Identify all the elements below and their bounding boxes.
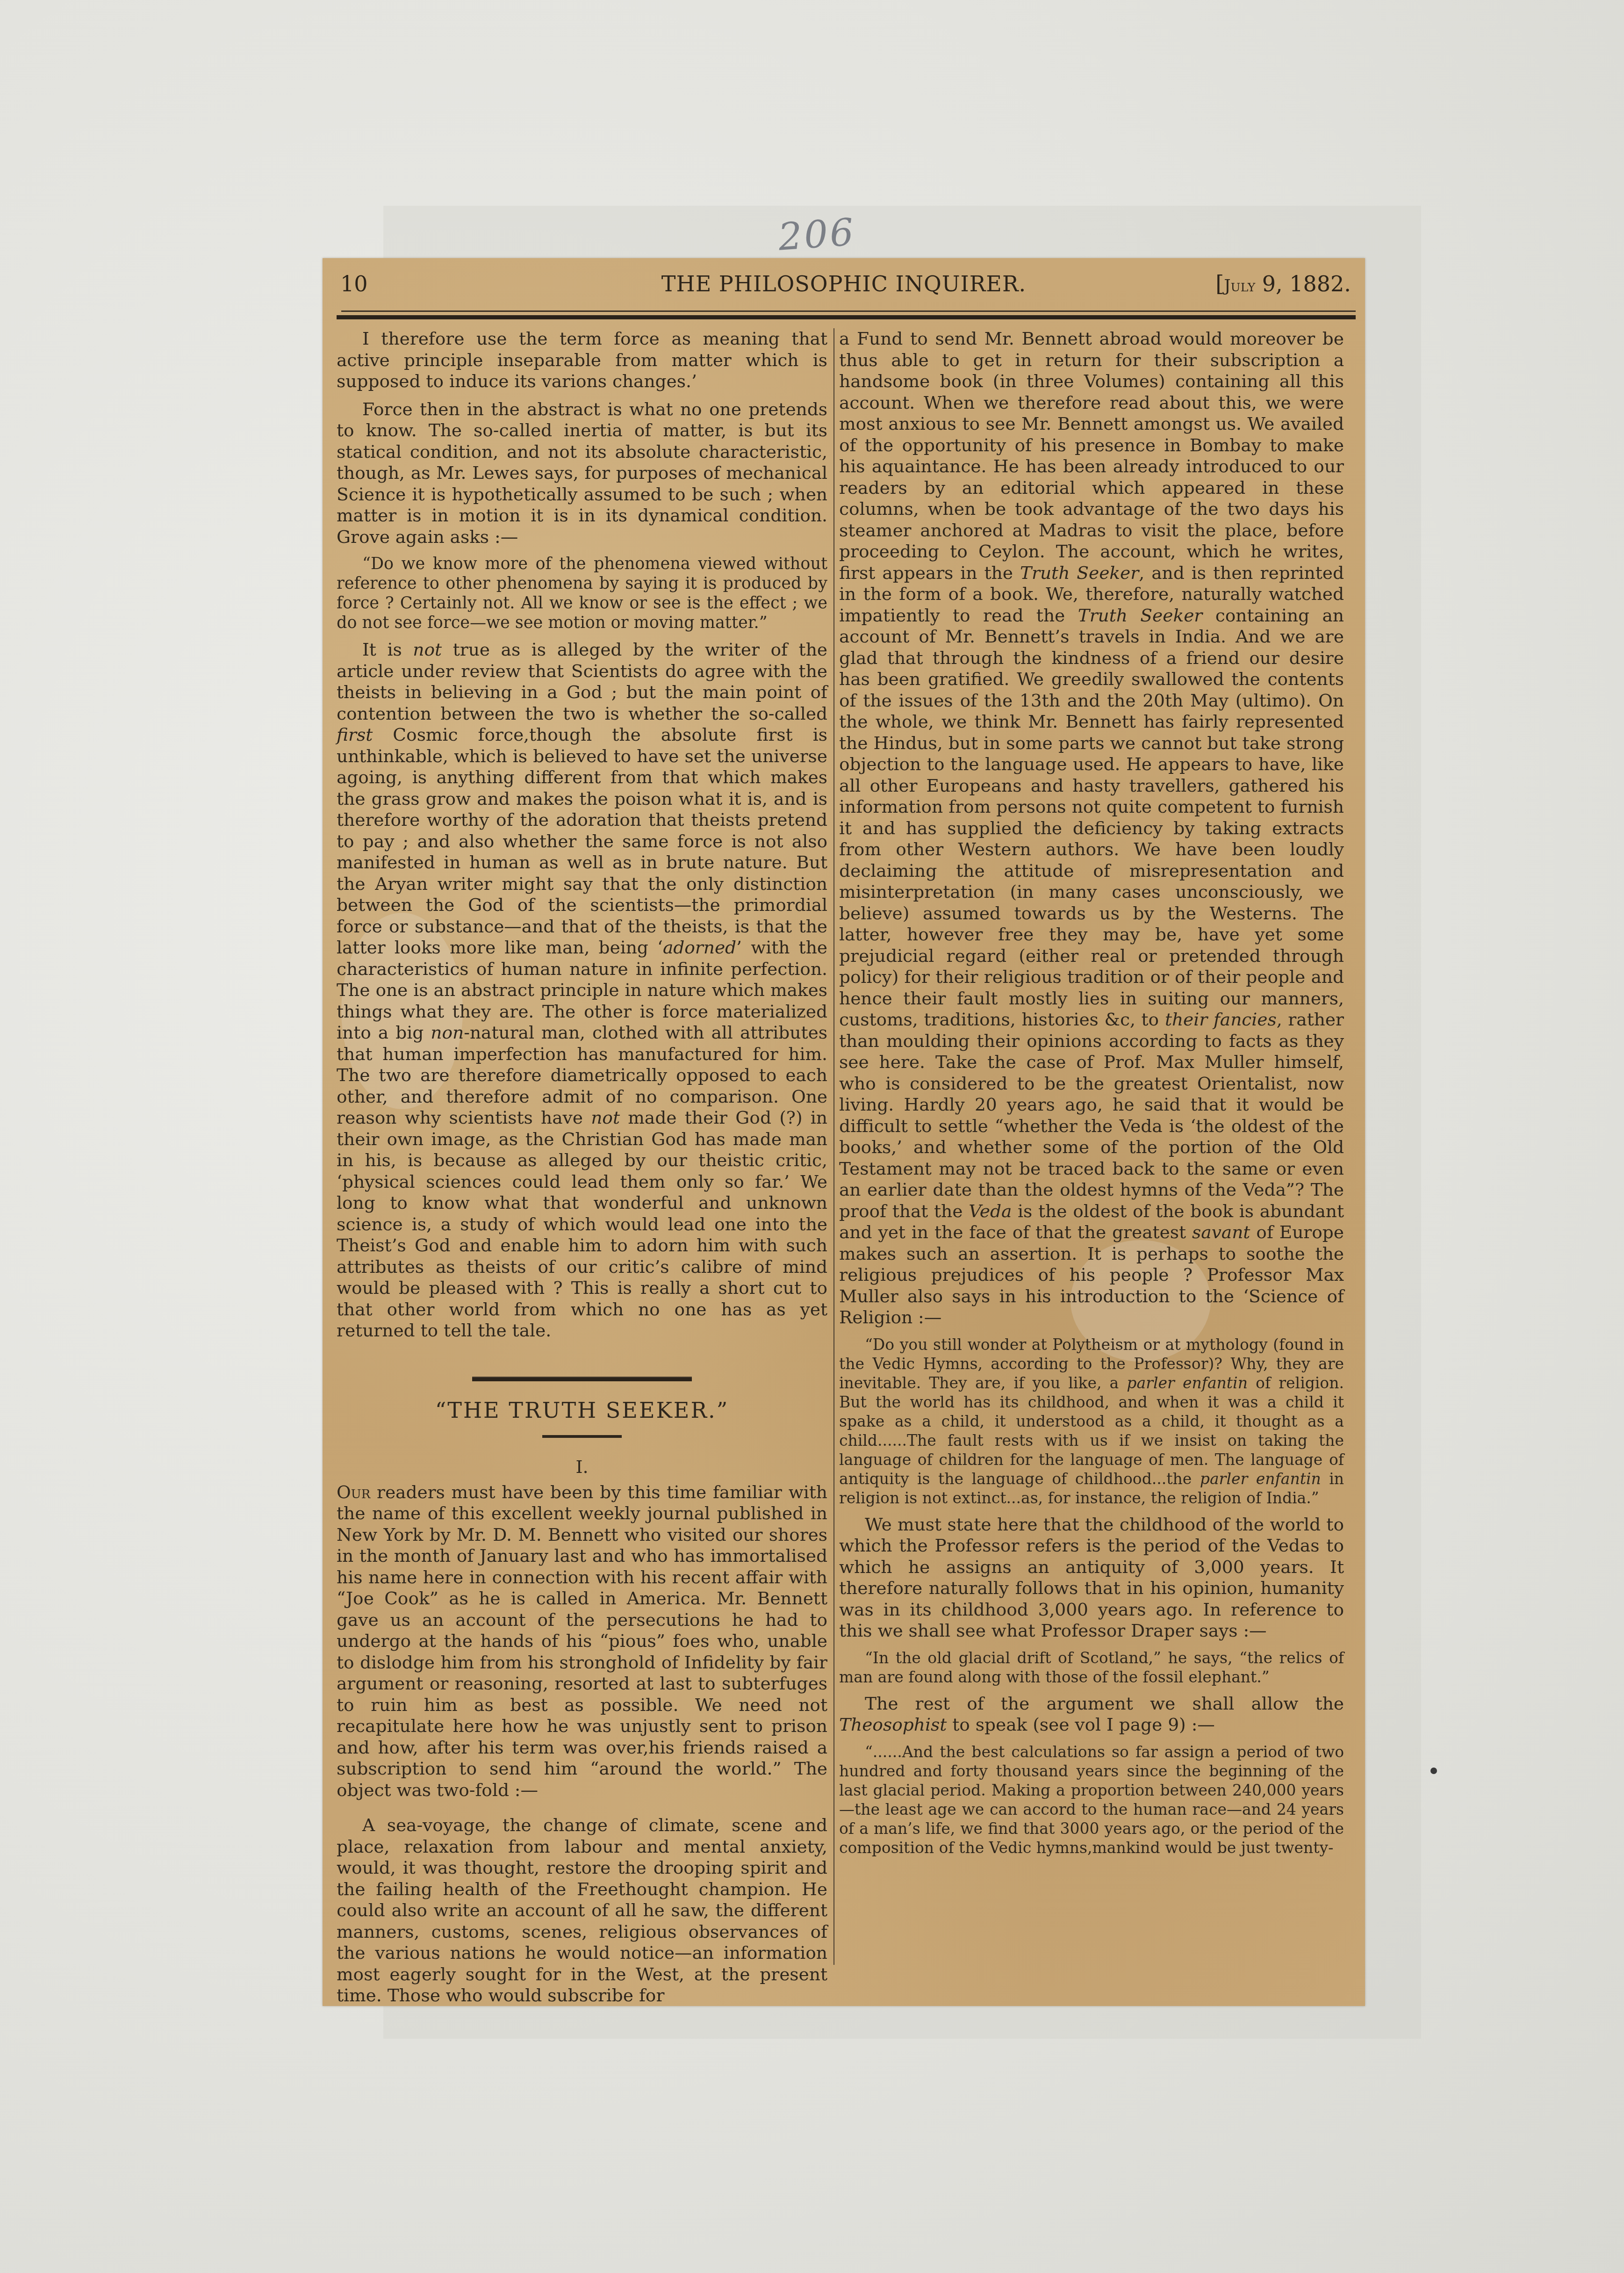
- paragraph: I therefore use the term force as meanin…: [337, 328, 827, 392]
- left-column: I therefore use the term force as meanin…: [337, 328, 827, 2006]
- section-divider-rule: [472, 1377, 692, 1381]
- running-head: 10 THE PHILOSOPHIC INQUIRER. [July 9, 18…: [337, 271, 1351, 299]
- paragraph: The rest of the argument we shall allow …: [839, 1693, 1344, 1736]
- column-divider: [834, 328, 834, 1965]
- header-rule-thin: [341, 310, 1356, 312]
- right-column: a Fund to send Mr. Bennett abroad would …: [839, 328, 1344, 1857]
- issue-date: [July 9, 1882.: [1215, 271, 1351, 296]
- header-rule-thick: [337, 315, 1356, 319]
- article-paragraph: Our readers must have been by this time …: [337, 1482, 827, 1801]
- pencil-page-annotation: 206: [777, 210, 857, 259]
- dust-speck: [1430, 1768, 1437, 1774]
- article-title: “THE TRUTH SEEKER.”: [337, 1400, 827, 1422]
- newspaper-clipping: 10 THE PHILOSOPHIC INQUIRER. [July 9, 18…: [323, 258, 1365, 2006]
- article-part-number: I.: [337, 1457, 827, 1478]
- block-quote-draper: “In the old glacial drift of Scotland,” …: [839, 1648, 1344, 1687]
- block-quote-theosophist: “......And the best calculations so far …: [839, 1742, 1344, 1857]
- article-paragraph: A sea-voyage, the change of climate, sce…: [337, 1815, 827, 2006]
- block-quote-max-muller: “Do you still wonder at Polytheism or at…: [839, 1335, 1344, 1508]
- title-underline: [542, 1435, 622, 1438]
- paragraph: a Fund to send Mr. Bennett abroad would …: [839, 328, 1344, 1328]
- paragraph: It is not true as is alleged by the writ…: [337, 639, 827, 1342]
- paragraph: Force then in the abstract is what no on…: [337, 399, 827, 548]
- block-quote-grove: “Do we know more of the phenomena viewed…: [337, 554, 827, 633]
- paragraph: We must state here that the childhood of…: [839, 1514, 1344, 1642]
- journal-title: THE PHILOSOPHIC INQUIRER.: [337, 271, 1351, 296]
